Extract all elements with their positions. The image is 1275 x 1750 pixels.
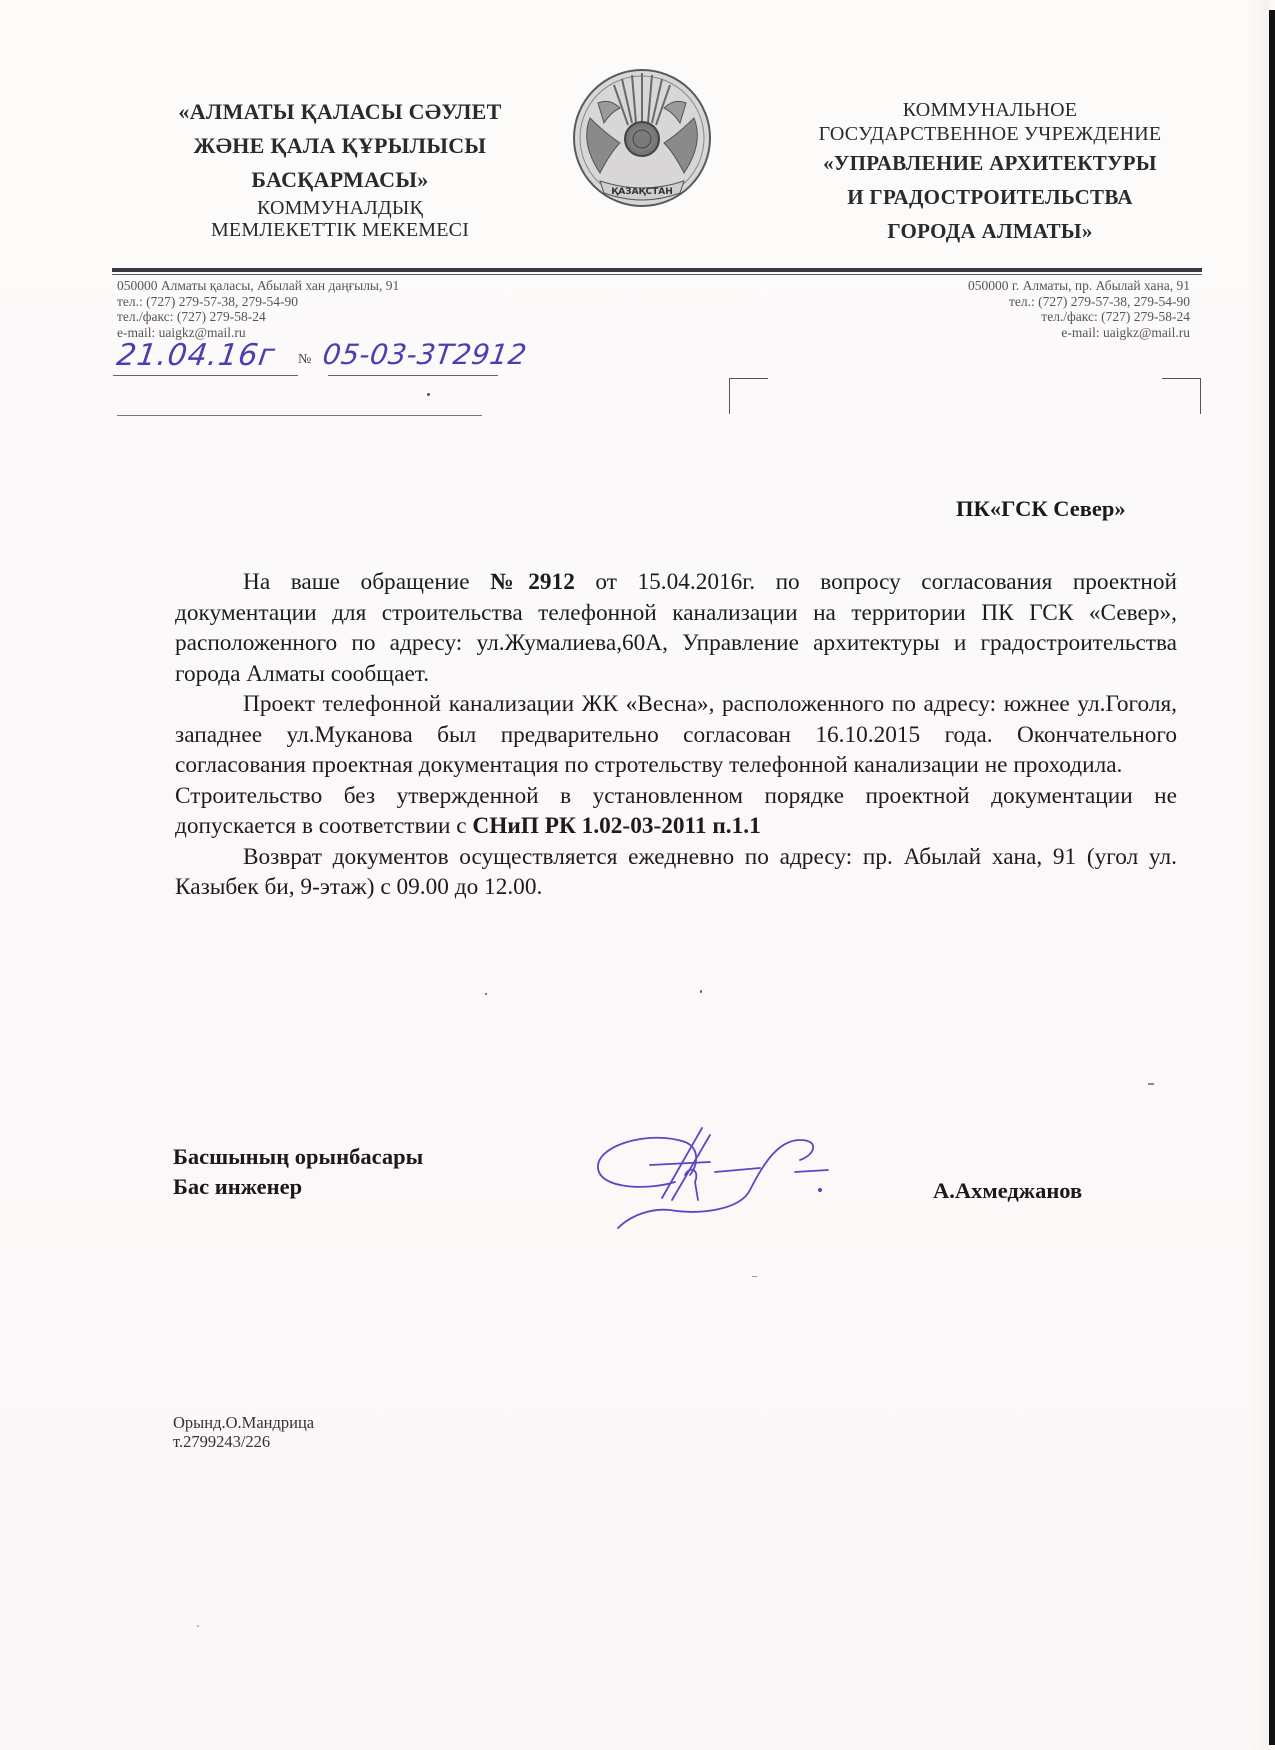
registration-date-handwritten: 21.04.16г bbox=[115, 338, 278, 373]
executor-name: Орынд.О.Мандрица bbox=[173, 1413, 314, 1432]
scan-speck bbox=[1148, 1083, 1154, 1085]
reference-underline bbox=[117, 415, 482, 416]
recipient: ПК«ГСК Север» bbox=[956, 496, 1126, 522]
header-left-bold-line: «АЛМАТЫ ҚАЛАСЫ СӘУЛЕТ bbox=[150, 95, 530, 129]
header-right-normal-line: КОММУНАЛЬНОЕ bbox=[770, 98, 1210, 122]
header-right-russian: КОММУНАЛЬНОЕ ГОСУДАРСТВЕННОЕ УЧРЕЖДЕНИЕ … bbox=[770, 98, 1210, 248]
scan-speck bbox=[752, 1276, 757, 1277]
address-corner-mark-left bbox=[729, 378, 768, 414]
header-right-bold-line: ГОРОДА АЛМАТЫ» bbox=[770, 214, 1210, 248]
executor-phone: т.2799243/226 bbox=[173, 1432, 314, 1451]
contact-address: 050000 Алматы қаласы, Абылай хан даңғылы… bbox=[117, 278, 399, 294]
contact-fax: тел./факс: (727) 279-58-24 bbox=[968, 309, 1190, 325]
contacts-right: 050000 г. Алматы, пр. Абылай хана, 91 те… bbox=[968, 278, 1190, 340]
header-right-bold-line: «УПРАВЛЕНИЕ АРХИТЕКТУРЫ bbox=[770, 146, 1210, 180]
scan-speck bbox=[700, 990, 702, 993]
signatory-title: Басшының орынбасары Бас инженер bbox=[173, 1142, 423, 1202]
number-underline bbox=[328, 375, 498, 376]
registration-number-handwritten: 05-03-3Т2912 bbox=[321, 338, 529, 371]
contacts-left: 050000 Алматы қаласы, Абылай хан даңғылы… bbox=[117, 278, 399, 340]
emblem-caption: ҚАЗАҚСТАН bbox=[611, 187, 673, 197]
scan-speck bbox=[197, 1625, 199, 1627]
scan-speck bbox=[485, 993, 487, 995]
kazakhstan-state-emblem-icon: ҚАЗАҚСТАН bbox=[570, 63, 715, 213]
signatory-position: Басшының орынбасары bbox=[173, 1142, 423, 1172]
header-divider-thick bbox=[112, 268, 1202, 272]
body-paragraph-4: Возврат документов осуществляется ежедне… bbox=[175, 842, 1177, 903]
contact-email: e-mail: uaigkz@mail.ru bbox=[968, 325, 1190, 341]
letter-body: На ваше обращение №2912 от 15.04.2016г. … bbox=[175, 567, 1177, 903]
contact-address: 050000 г. Алматы, пр. Абылай хана, 91 bbox=[968, 278, 1190, 294]
header-left-bold-line: ЖӘНЕ ҚАЛА ҚҰРЫЛЫСЫ bbox=[150, 129, 530, 163]
registration-line: 21.04.16г № 05-03-3Т2912 bbox=[113, 338, 553, 378]
header-left-normal-line: КОММУНАЛДЫҚ bbox=[150, 197, 530, 219]
scan-border-edge bbox=[1269, 10, 1275, 1745]
header-right-normal-line: ГОСУДАРСТВЕННОЕ УЧРЕЖДЕНИЕ bbox=[770, 122, 1210, 146]
body-paragraph-3: Строительство без утвержденной в установ… bbox=[175, 781, 1177, 842]
executor-info: Орынд.О.Мандрица т.2799243/226 bbox=[173, 1413, 314, 1451]
signatory-role: Бас инженер bbox=[173, 1172, 423, 1202]
contact-fax: тел./факс: (727) 279-58-24 bbox=[117, 309, 399, 325]
registration-number-label: № bbox=[298, 352, 311, 368]
header-right-bold-line: И ГРАДОСТРОИТЕЛЬСТВА bbox=[770, 180, 1210, 214]
date-underline bbox=[113, 375, 298, 376]
header-left-bold-line: БАСҚАРМАСЫ» bbox=[150, 163, 530, 197]
header-left-kazakh: «АЛМАТЫ ҚАЛАСЫ СӘУЛЕТ ЖӘНЕ ҚАЛА ҚҰРЫЛЫСЫ… bbox=[150, 95, 530, 241]
p1-request-number: №2912 bbox=[490, 569, 575, 595]
p3-regulation-reference: СНиП РК 1.02-03-2011 п.1.1 bbox=[472, 813, 760, 839]
address-corner-mark-right bbox=[1162, 378, 1201, 414]
letter-page: «АЛМАТЫ ҚАЛАСЫ СӘУЛЕТ ЖӘНЕ ҚАЛА ҚҰРЫЛЫСЫ… bbox=[0, 0, 1264, 1750]
scan-border-shadow bbox=[1249, 0, 1269, 1750]
body-paragraph-1: На ваше обращение №2912 от 15.04.2016г. … bbox=[175, 567, 1177, 689]
header-divider-thin bbox=[112, 274, 1202, 275]
contact-phone: тел.: (727) 279-57-38, 279-54-90 bbox=[968, 294, 1190, 310]
scan-speck bbox=[427, 393, 430, 396]
signatory-name: А.Ахмеджанов bbox=[933, 1178, 1082, 1204]
body-paragraph-2: Проект телефонной канализации ЖК «Весна»… bbox=[175, 689, 1177, 781]
contact-phone: тел.: (727) 279-57-38, 279-54-90 bbox=[117, 294, 399, 310]
header-left-normal-line: МЕМЛЕКЕТТІК МЕКЕМЕСІ bbox=[150, 219, 530, 241]
handwritten-signature-icon bbox=[590, 1120, 880, 1230]
p1-text-pre: На ваше обращение bbox=[243, 569, 490, 595]
